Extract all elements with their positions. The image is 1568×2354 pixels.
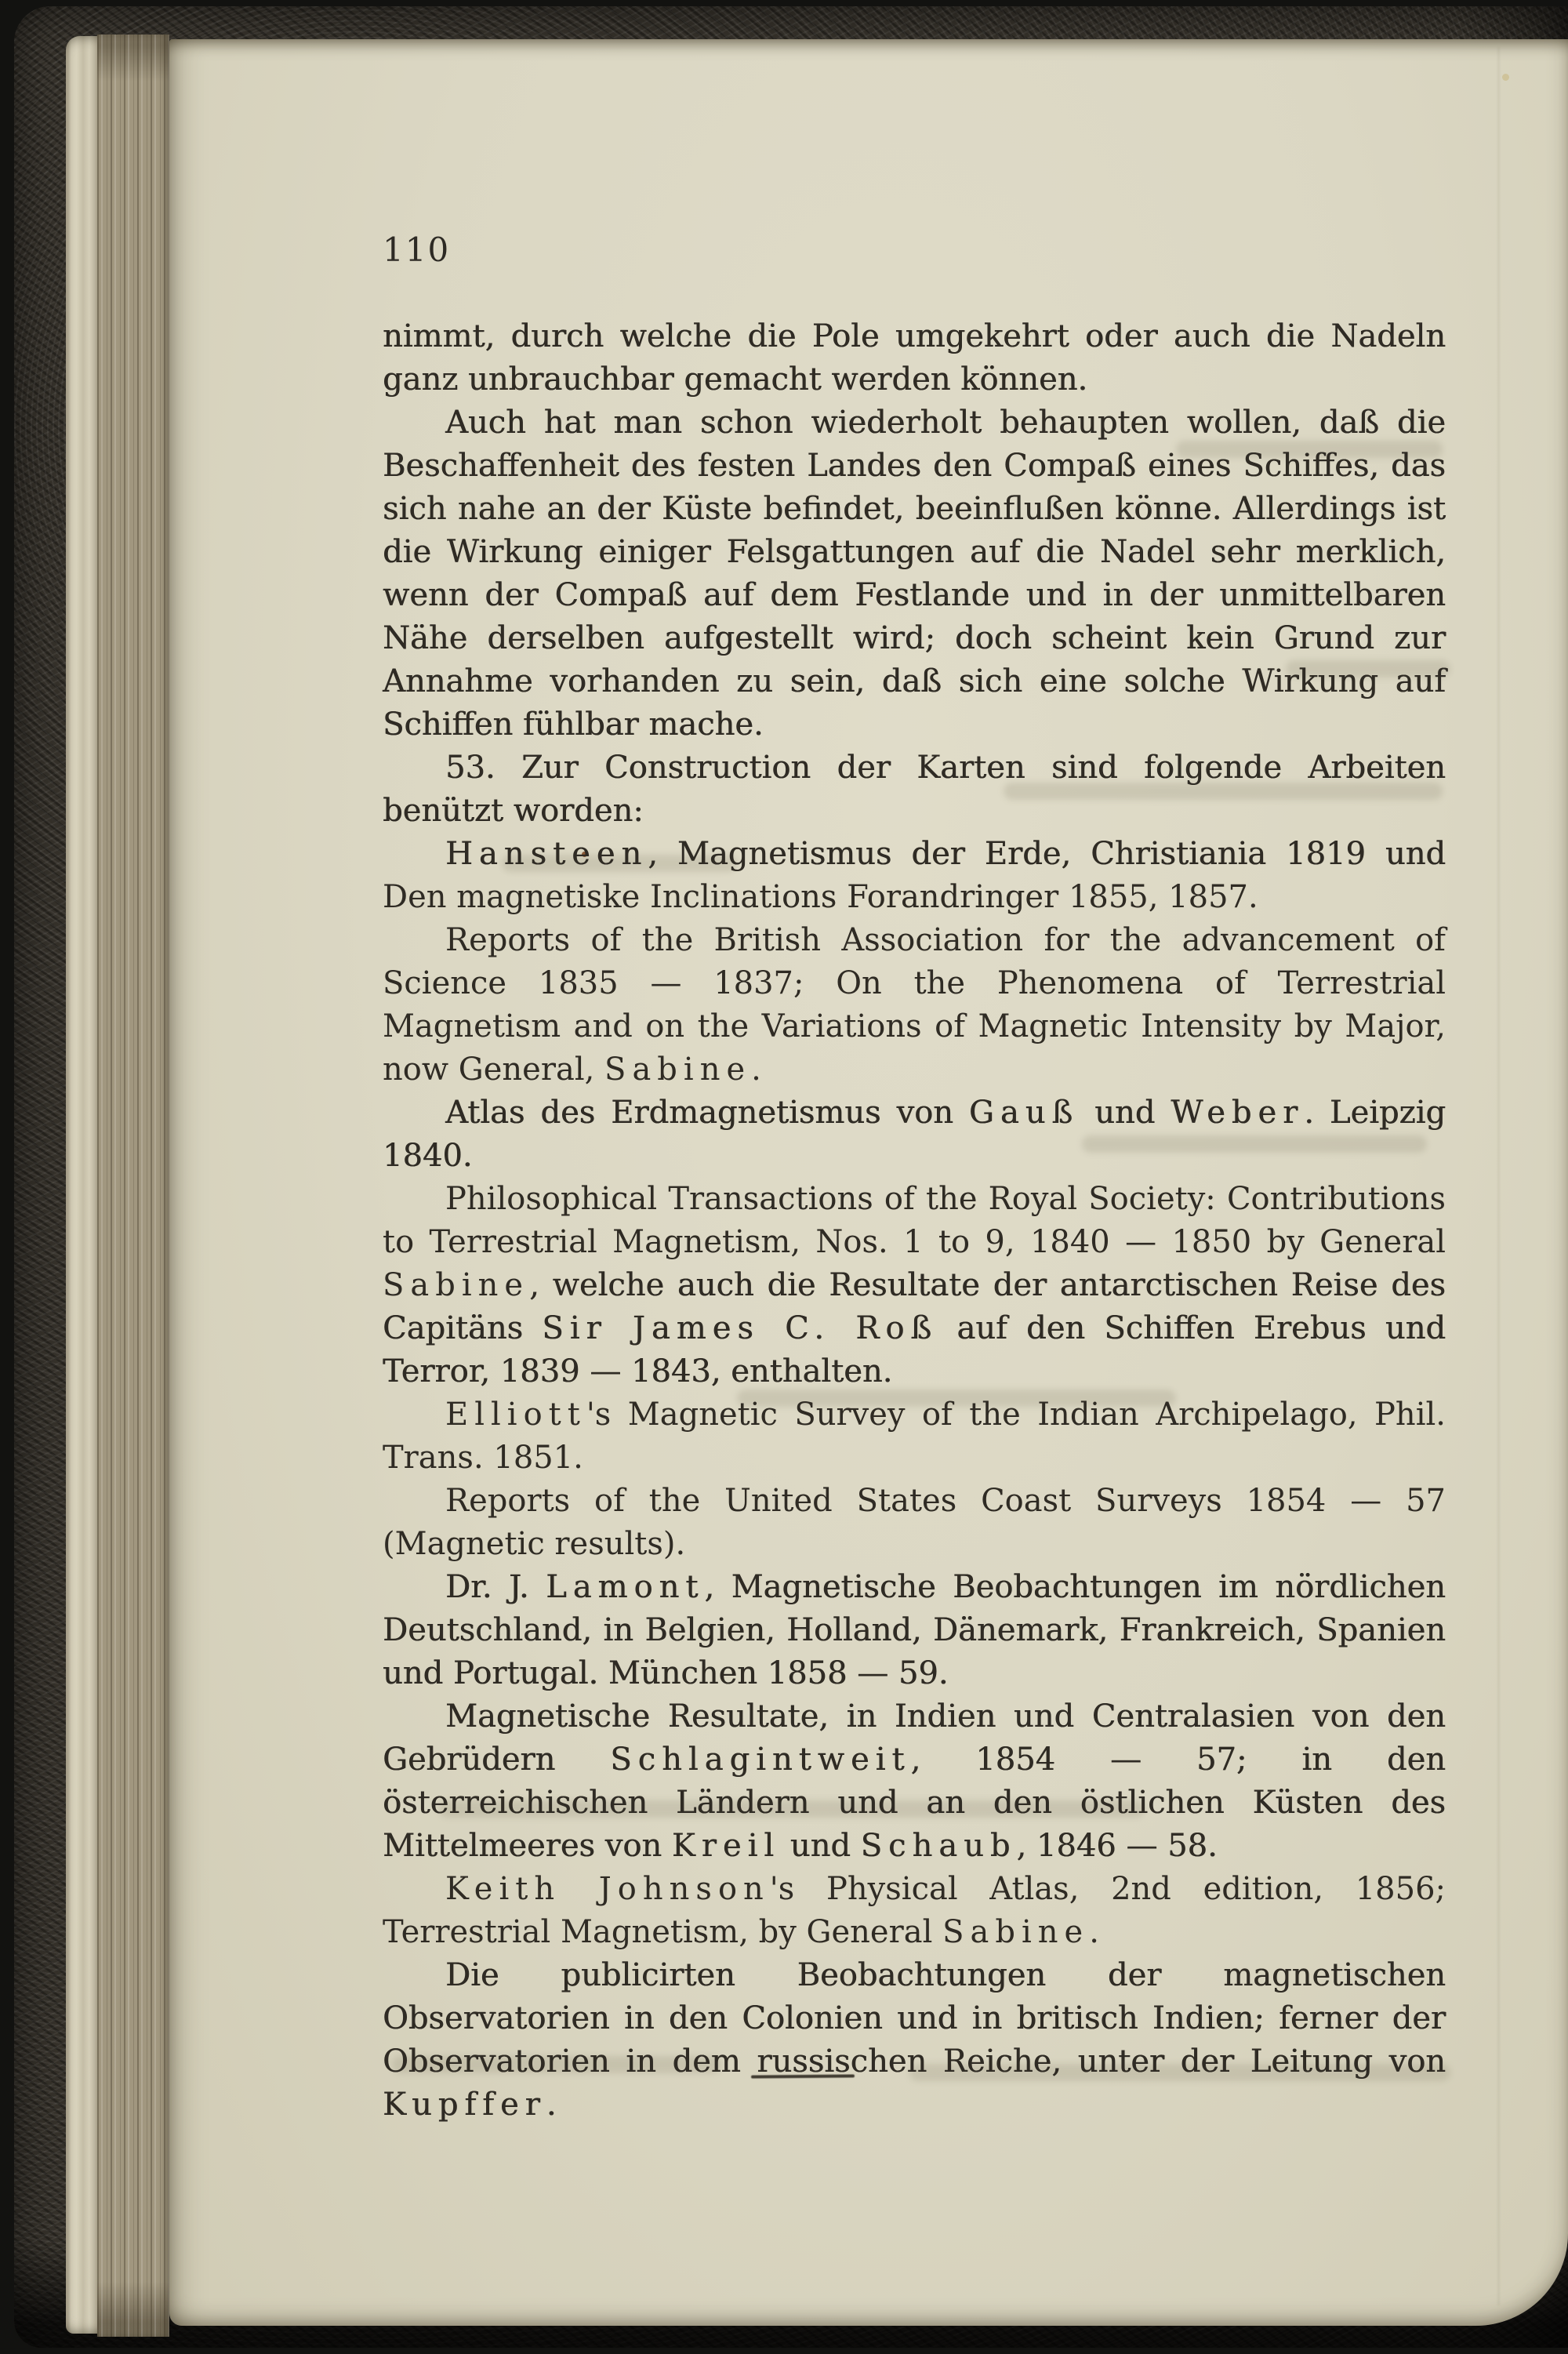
person-name: Weber [1171, 1095, 1304, 1131]
person-name: Sabine [942, 1914, 1089, 1950]
text-segment: Reports of the United States Coast Surve… [383, 1483, 1446, 1562]
paragraph: Auch hat man schon wiederholt behaupten … [383, 401, 1446, 747]
person-name: Kupffer [383, 2087, 546, 2123]
page-fore-edge [66, 36, 97, 2334]
person-name: Sir James C. Roß [542, 1310, 938, 1346]
person-name: Hansteen [445, 836, 648, 872]
paper-speck [1502, 74, 1509, 81]
paragraph: nimmt, durch welche die Pole umgekehrt o… [383, 315, 1446, 401]
paragraph: Reports of the British Association for t… [383, 919, 1446, 1092]
person-name: Elliott [445, 1397, 586, 1433]
paragraph: Keith Johnson's Physical Atlas, 2nd edit… [383, 1868, 1446, 1954]
stacked-page-edges [97, 35, 169, 2337]
text-segment: . [546, 2087, 557, 2123]
person-name: Kreil [672, 1828, 780, 1864]
text-segment: Auch hat man schon wiederholt behaupten … [383, 405, 1446, 743]
text-segment: und [1079, 1095, 1171, 1131]
text-segment: Atlas des Erdmagnetismus von [445, 1095, 969, 1131]
paragraph: Die publicirten Beobachtungen der magnet… [383, 1954, 1446, 2127]
text-segment: Reports of the British Association for t… [383, 922, 1446, 1088]
page-number: 110 [383, 231, 450, 269]
paragraph: 53. Zur Construction der Karten sind fol… [383, 747, 1446, 833]
page-crease [1497, 47, 1500, 2305]
person-name: Sabine [383, 1267, 529, 1303]
paragraph: Hansteen, Magnetismus der Erde, Christia… [383, 833, 1446, 919]
paragraph: Dr. J. Lamont, Magnetische Beobachtungen… [383, 1566, 1446, 1695]
person-name: Sabine [604, 1052, 751, 1088]
text-segment: , 1846 — 58. [1016, 1828, 1217, 1864]
person-name: Schaub [861, 1828, 1017, 1864]
paragraph: Elliott's Magnetic Survey of the Indian … [383, 1393, 1446, 1480]
text-segment: und [780, 1828, 861, 1864]
text-segment: Den magnetiske Inclinations Forandringer… [383, 879, 1258, 915]
paragraph: Magnetische Resultate, in Indien und Cen… [383, 1695, 1446, 1868]
text-segment: Die publicirten Beobachtungen der magnet… [383, 1957, 1446, 2080]
person-name: Keith Johnson [445, 1871, 770, 1907]
text-segment: . [1089, 1914, 1099, 1950]
person-name: Gauß [969, 1095, 1079, 1131]
book-scan: 110 nimmt, durch welche die Pole umgekeh… [0, 0, 1568, 2354]
text-segment: , Magnetismus der Erde, Christiania 1819… [648, 836, 1446, 872]
paragraph: Philosophical Transactions of the Royal … [383, 1178, 1446, 1393]
text-block: nimmt, durch welche die Pole umgekehrt o… [383, 315, 1446, 2127]
person-name: Lamont [546, 1569, 704, 1605]
text-segment: nimmt, durch welche die Pole umgekehrt o… [383, 318, 1446, 398]
person-name: Schlagintweit [610, 1742, 910, 1778]
text-segment: Dr. J. [445, 1569, 546, 1605]
text-segment: 53. Zur Construction der Karten sind fol… [383, 750, 1446, 829]
paragraph: Reports of the United States Coast Surve… [383, 1480, 1446, 1566]
paragraph: Atlas des Erdmagnetismus von Gauß und We… [383, 1092, 1446, 1178]
text-segment: . [751, 1052, 761, 1088]
text-segment: Philosophical Transactions of the Royal … [383, 1181, 1446, 1260]
